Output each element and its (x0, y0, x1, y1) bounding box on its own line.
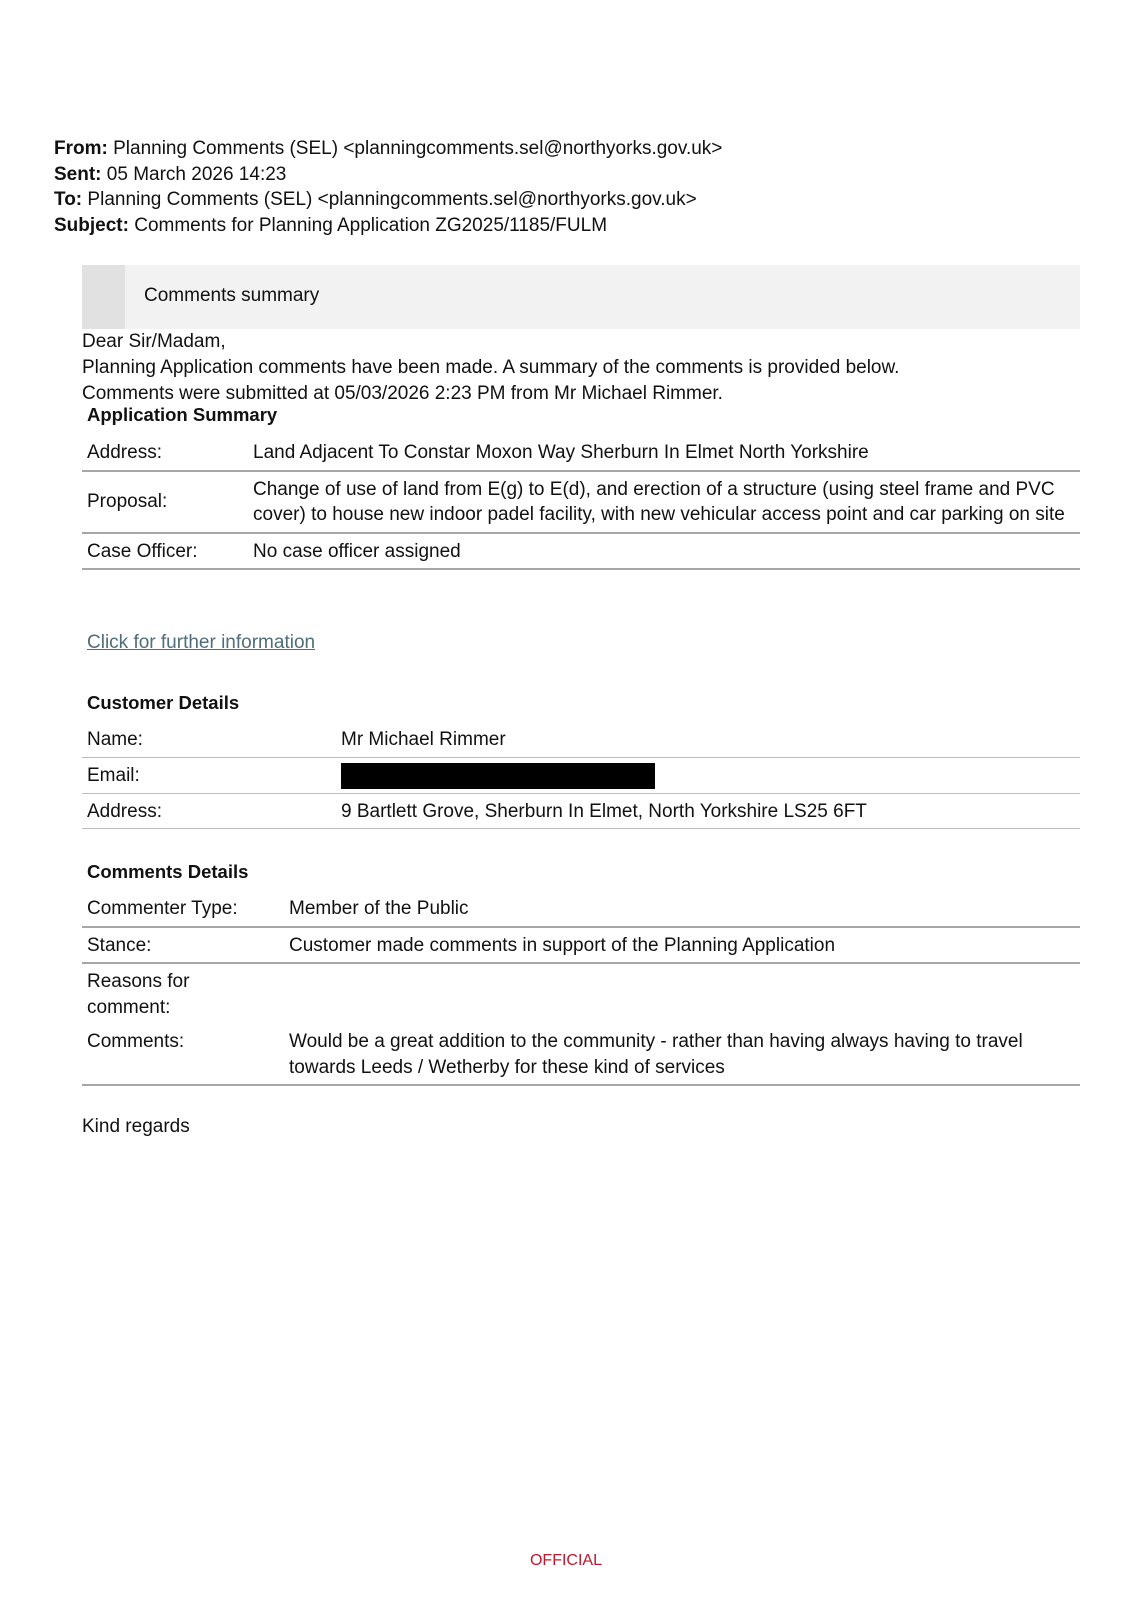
row-label: Reasons for comment: (82, 963, 284, 1024)
to-value: Planning Comments (SEL) <planningcomment… (87, 189, 696, 210)
table-row: Comments: Would be a great addition to t… (82, 1024, 1080, 1085)
subject-value: Comments for Planning Application ZG2025… (134, 215, 607, 236)
intro-line-1: Planning Application comments have been … (82, 355, 899, 381)
table-row: Address: 9 Bartlett Grove, Sherburn In E… (82, 793, 1080, 829)
comments-details-table: Commenter Type: Member of the Public Sta… (82, 891, 1080, 1086)
table-row: Commenter Type: Member of the Public (82, 891, 1080, 927)
table-row: Name: Mr Michael Rimmer (82, 722, 1080, 757)
band-accent-stripe (82, 265, 125, 329)
intro-text: Dear Sir/Madam, Planning Application com… (82, 329, 899, 407)
email-headers: From: Planning Comments (SEL) <planningc… (54, 136, 722, 238)
comments-details-title: Comments Details (87, 861, 248, 883)
row-label: Commenter Type: (82, 891, 284, 927)
application-summary-title: Application Summary (87, 404, 277, 426)
email-redaction (341, 763, 655, 789)
row-value: Member of the Public (284, 891, 1080, 927)
row-value: Land Adjacent To Constar Moxon Way Sherb… (248, 435, 1080, 471)
row-label: Proposal: (82, 471, 248, 533)
row-value: Customer made comments in support of the… (284, 927, 1080, 964)
row-value (336, 757, 1080, 793)
row-value: 9 Bartlett Grove, Sherburn In Elmet, Nor… (336, 793, 1080, 829)
row-value: Mr Michael Rimmer (336, 722, 1080, 757)
customer-details-table: Name: Mr Michael Rimmer Email: Address: … (82, 722, 1080, 829)
row-label: Case Officer: (82, 533, 248, 570)
customer-details-title: Customer Details (87, 692, 239, 714)
row-value: No case officer assigned (248, 533, 1080, 570)
comments-summary-band: Comments summary (82, 265, 1080, 329)
row-label: Address: (82, 435, 248, 471)
table-row: Email: (82, 757, 1080, 793)
sign-off: Kind regards (82, 1116, 190, 1138)
row-label: Email: (82, 757, 336, 793)
greeting: Dear Sir/Madam, (82, 329, 899, 355)
row-value: Would be a great addition to the communi… (284, 1024, 1080, 1085)
row-value (284, 963, 1080, 1024)
row-label: Comments: (82, 1024, 284, 1085)
table-row: Proposal: Change of use of land from E(g… (82, 471, 1080, 533)
table-row: Stance: Customer made comments in suppor… (82, 927, 1080, 964)
table-row: Case Officer: No case officer assigned (82, 533, 1080, 570)
sent-line: Sent: 05 March 2026 14:23 (54, 162, 722, 188)
table-row: Address: Land Adjacent To Constar Moxon … (82, 435, 1080, 471)
table-row: Reasons for comment: (82, 963, 1080, 1024)
row-value: Change of use of land from E(g) to E(d),… (248, 471, 1080, 533)
subject-line: Subject: Comments for Planning Applicati… (54, 213, 722, 239)
classification-footer: OFFICIAL (0, 1552, 1132, 1570)
application-summary-table: Address: Land Adjacent To Constar Moxon … (82, 435, 1080, 570)
row-label: Stance: (82, 927, 284, 964)
sent-value: 05 March 2026 14:23 (107, 164, 287, 185)
from-line: From: Planning Comments (SEL) <planningc… (54, 136, 722, 162)
row-label: Name: (82, 722, 336, 757)
from-value: Planning Comments (SEL) <planningcomment… (113, 138, 722, 159)
further-information-link[interactable]: Click for further information (87, 632, 315, 654)
comments-summary-title: Comments summary (144, 285, 319, 307)
to-line: To: Planning Comments (SEL) <planningcom… (54, 187, 722, 213)
row-label: Address: (82, 793, 336, 829)
